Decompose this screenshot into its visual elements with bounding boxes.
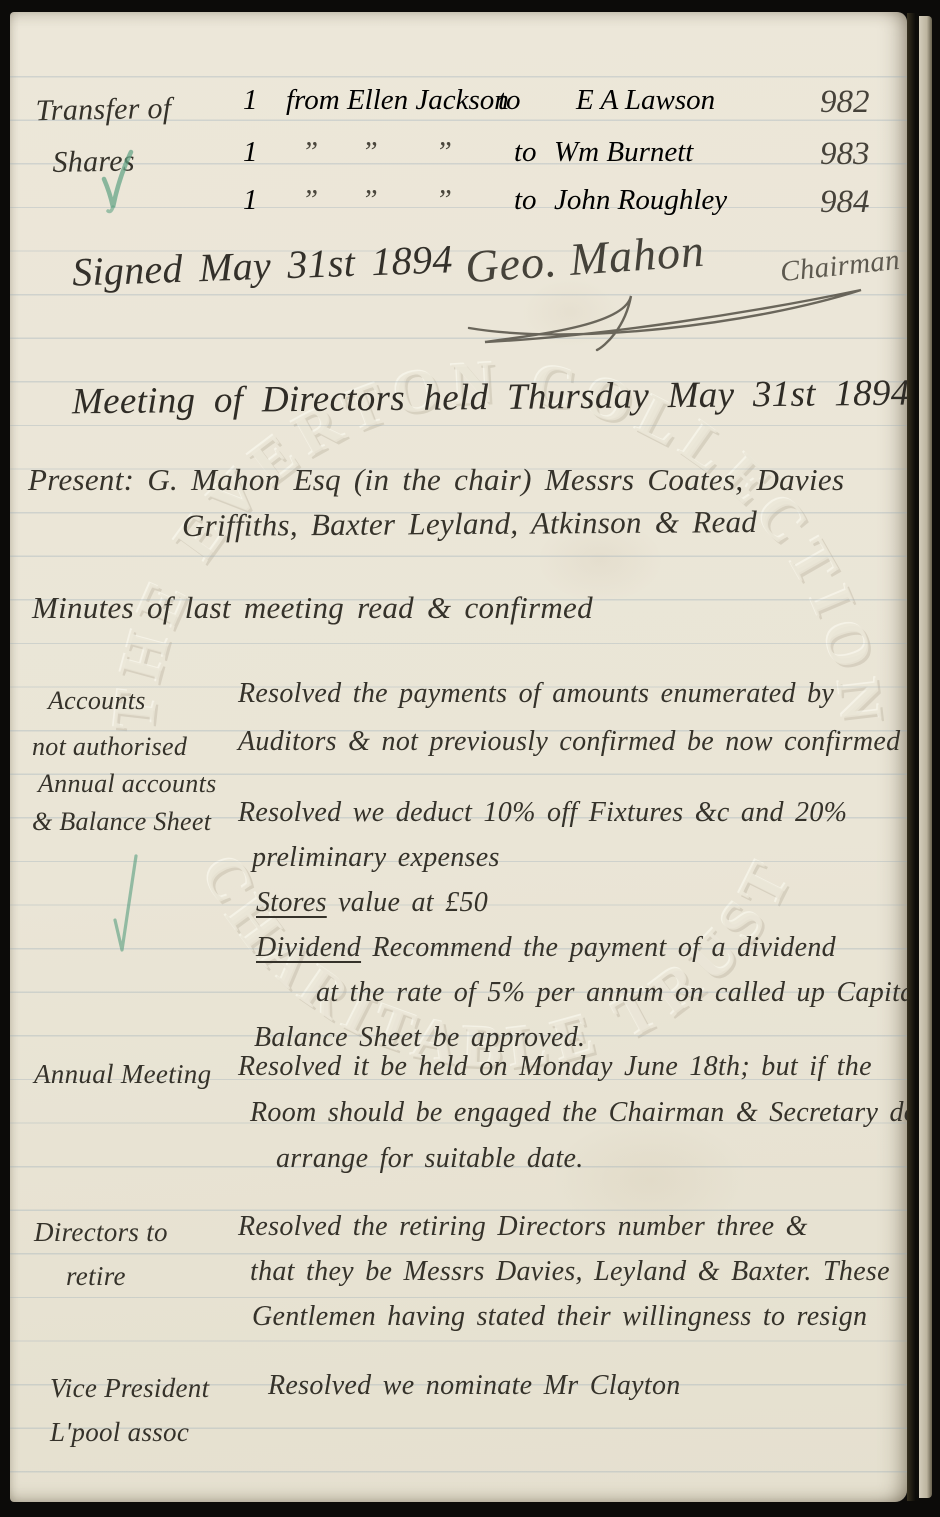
margin-line: Directors to: [34, 1210, 234, 1254]
margin-label: Accountsnot authorised: [24, 670, 234, 770]
entry-body: Resolved it be held on Monday June 18th;…: [238, 1044, 907, 1182]
green-check-icon: [110, 850, 144, 956]
body-line: Resolved we deduct 10% off Fixtures &c a…: [238, 790, 907, 835]
body-line: Resolved the payments of amounts enumera…: [238, 670, 907, 718]
entry-body: Resolved the payments of amounts enumera…: [238, 670, 907, 766]
body-line: Dividend Recommend the payment of a divi…: [256, 925, 907, 970]
margin-label: Annual Meeting: [24, 1044, 234, 1097]
minute-entries: Accountsnot authorisedResolved the payme…: [10, 12, 907, 1502]
margin-line: not authorised: [32, 724, 234, 770]
green-check-icon: [97, 147, 143, 217]
margin-line: Annual accounts: [38, 765, 234, 803]
entry-body: Resolved the retiring Directors number t…: [238, 1204, 907, 1339]
margin-line: retire: [66, 1254, 234, 1298]
body-line: Resolved it be held on Monday June 18th;…: [238, 1044, 907, 1090]
body-line: Resolved we nominate Mr Clayton: [268, 1362, 907, 1410]
margin-line: Vice President: [50, 1366, 234, 1410]
margin-label: Annual accounts& Balance Sheet: [24, 765, 234, 841]
photographed-minute-book: THE EVERTON COLLECTION THE EVERTON COLLE…: [0, 0, 940, 1517]
margin-line: Accounts: [48, 678, 234, 724]
body-line: Auditors & not previously confirmed be n…: [238, 718, 907, 766]
underlined-word: Stores: [256, 887, 327, 918]
margin-label: Directors toretire: [24, 1204, 234, 1298]
next-page-edge: [919, 16, 932, 1498]
margin-line: L'pool assoc: [50, 1410, 234, 1454]
body-line: arrange for suitable date.: [276, 1136, 907, 1182]
binding-gutter-shadow: [907, 13, 919, 1501]
body-line: Resolved the retiring Directors number t…: [238, 1204, 907, 1249]
entry-body: Resolved we nominate Mr Clayton: [238, 1362, 907, 1410]
entry-body: Resolved we deduct 10% off Fixtures &c a…: [238, 790, 907, 1060]
body-line: Gentlemen having stated their willingnes…: [252, 1294, 907, 1339]
minute-book-page: THE EVERTON COLLECTION THE EVERTON COLLE…: [10, 12, 907, 1502]
body-line: preliminary expenses: [252, 835, 907, 880]
body-line: at the rate of 5% per annum on called up…: [316, 970, 907, 1015]
margin-line: Annual Meeting: [34, 1051, 234, 1097]
body-line: Room should be engaged the Chairman & Se…: [250, 1090, 907, 1136]
body-line: Stores value at £50: [256, 880, 907, 925]
margin-line: & Balance Sheet: [32, 803, 234, 841]
body-line: that they be Messrs Davies, Leyland & Ba…: [250, 1249, 907, 1294]
underlined-word: Dividend: [256, 932, 361, 963]
margin-label: Vice PresidentL'pool assoc: [24, 1362, 234, 1454]
